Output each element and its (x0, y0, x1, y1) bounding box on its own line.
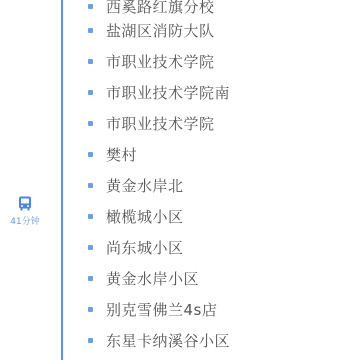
bus-route-stop-list: 41分钟 西奚路红旗分校 盐湖区消防大队 市职业技术学院 市职业技术学院南 市职… (0, 0, 360, 360)
stop-item[interactable]: 樊村 (88, 139, 137, 170)
stop-name: 市职业技术学院 (106, 113, 215, 134)
stop-bullet-icon (88, 152, 93, 157)
stop-item[interactable]: 东星卡纳溪谷小区 (88, 325, 230, 356)
bus-segment-info: 41分钟 (0, 196, 50, 227)
stop-name: 东星卡纳溪谷小区 (106, 330, 230, 351)
stop-bullet-icon (88, 4, 93, 9)
stop-name: 黄金水岸北 (106, 175, 184, 196)
stop-bullet-icon (88, 183, 93, 188)
stop-bullet-icon (88, 59, 93, 64)
segment-duration: 41分钟 (10, 214, 39, 227)
stop-bullet-icon (88, 307, 93, 312)
stop-item[interactable]: 尚东城小区 (88, 232, 184, 263)
stop-name: 盐湖区消防大队 (106, 20, 215, 41)
stop-name: 黄金水岸小区 (106, 268, 199, 289)
stop-bullet-icon (88, 214, 93, 219)
bus-icon (18, 196, 32, 211)
route-timeline-line (61, 0, 63, 360)
stop-item[interactable]: 黄金水岸小区 (88, 263, 199, 294)
stop-item[interactable]: 市职业技术学院南 (88, 77, 230, 108)
stop-item[interactable]: 橄榄城小区 (88, 201, 184, 232)
stop-item[interactable]: 黄金水岸北 (88, 170, 184, 201)
stop-name: 市职业技术学院 (106, 51, 215, 72)
stop-name: 橄榄城小区 (106, 206, 184, 227)
stop-bullet-icon (88, 90, 93, 95)
stop-item[interactable]: 别克雪佛兰4s店 (88, 294, 217, 325)
stop-item[interactable]: 市职业技术学院 (88, 46, 215, 77)
stop-item[interactable]: 盐湖区消防大队 (88, 15, 215, 46)
stop-bullet-icon (88, 28, 93, 33)
stop-name: 别克雪佛兰4s店 (106, 299, 217, 320)
stop-bullet-icon (88, 245, 93, 250)
stop-name: 樊村 (106, 144, 137, 165)
stop-item[interactable]: 市职业技术学院 (88, 108, 215, 139)
stop-bullet-icon (88, 121, 93, 126)
stop-name: 市职业技术学院南 (106, 82, 230, 103)
stop-bullet-icon (88, 276, 93, 281)
stop-bullet-icon (88, 338, 93, 343)
stop-name: 尚东城小区 (106, 237, 184, 258)
